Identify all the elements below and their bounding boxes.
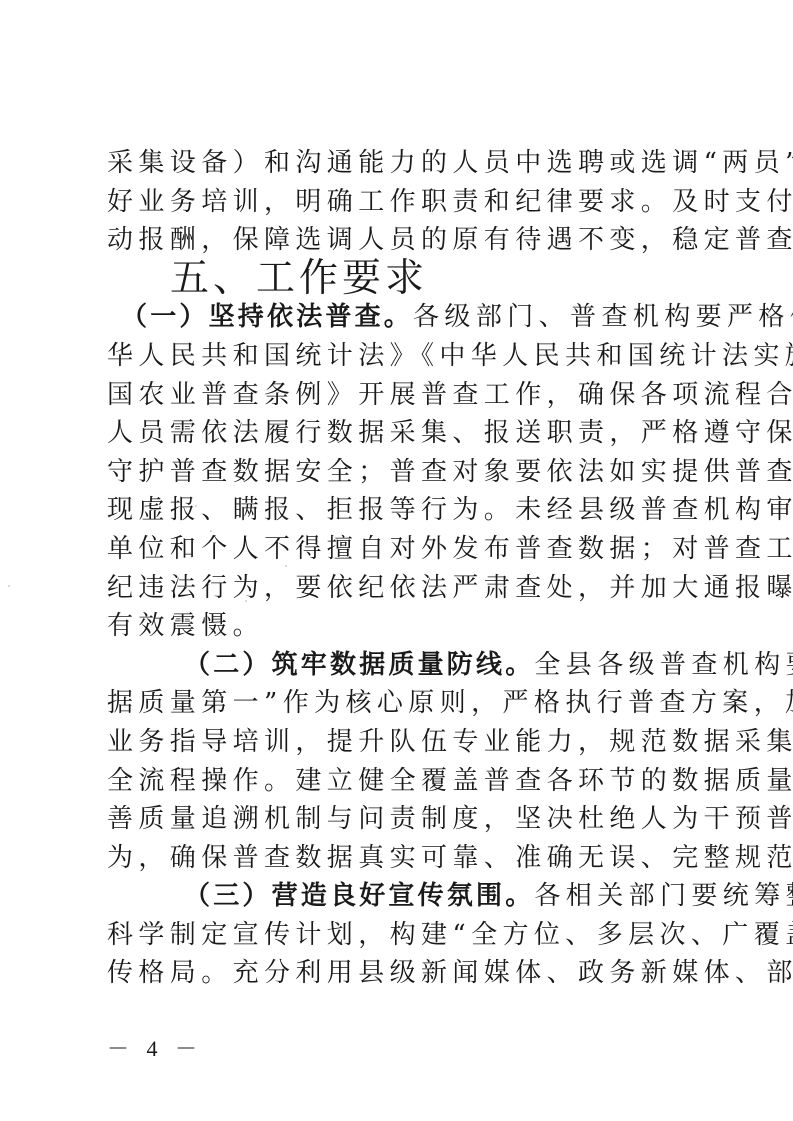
section-heading: 五、工作要求 — [107, 260, 687, 299]
item-2-paragraph: （二）筑牢数据质量防线。全县各级普查机构要始终将“数 据质量第一”作为核心原则，… — [107, 646, 687, 878]
text-line: 据质量第一”作为核心原则，严格执行普查方案，加强普查人员 — [107, 684, 687, 723]
paragraph-continuation: 采集设备）和沟通能力的人员中选聘或选调“两员”。要扎实做 好业务培训，明确工作职… — [107, 144, 687, 260]
text-line: （一）坚持依法普查。各级部门、普查机构要严格依照《中 — [107, 298, 687, 337]
item-1-paragraph: （一）坚持依法普查。各级部门、普查机构要严格依照《中 华人民共和国统计法》《中华… — [107, 298, 687, 645]
text-line: 有效震慑。 — [107, 607, 687, 646]
text-line: 动报酬，保障选调人员的原有待遇不变，稳定普查工作队伍。 — [107, 221, 687, 260]
scan-speck — [245, 600, 247, 602]
text-line: 华人民共和国统计法》《中华人民共和国统计法实施条例》《全 — [107, 337, 687, 376]
text-line: 采集设备）和沟通能力的人员中选聘或选调“两员”。要扎实做 — [107, 144, 687, 183]
item-2-lead: （二）筑牢数据质量防线。 — [184, 650, 534, 680]
text-line: 现虚报、瞒报、拒报等行为。未经县级普查机构审核批准，任何 — [107, 491, 687, 530]
text-line: 为，确保普查数据真实可靠、准确无误、完整规范。 — [107, 839, 687, 878]
text-line: （二）筑牢数据质量防线。全县各级普查机构要始终将“数 — [107, 646, 687, 685]
scan-speck — [8, 585, 10, 587]
scan-speck — [210, 530, 212, 532]
text-line: 守护普查数据安全；普查对象要依法如实提供普查资料，严禁出 — [107, 453, 687, 492]
item-1-lead: （一）坚持依法普查。 — [121, 302, 413, 332]
item-3-first-line: 各相关部门要统筹整合宣传资源， — [534, 881, 793, 911]
item-2-first-line: 全县各级普查机构要始终将“数 — [534, 650, 793, 680]
text-line: 好业务培训，明确工作职责和纪律要求。及时支付选聘人员的劳 — [107, 183, 687, 222]
document-body: 采集设备）和沟通能力的人员中选聘或选调“两员”。要扎实做 好业务培训，明确工作职… — [107, 144, 687, 993]
text-line: 传格局。充分利用县级新闻媒体、政务新媒体、部门服务平台等 — [107, 954, 687, 993]
scan-speck — [285, 565, 287, 567]
text-line: 全流程操作。建立健全覆盖普查各环节的数据质量控制体系，完 — [107, 762, 687, 801]
text-line: 科学制定宣传计划，构建“全方位、多层次、广覆盖”的普查宣 — [107, 916, 687, 955]
item-3-lead: （三）营造良好宣传氛围。 — [184, 881, 534, 911]
text-line: 单位和个人不得擅自对外发布普查数据；对普查工作中出现的违 — [107, 530, 687, 569]
text-line: 国农业普查条例》开展普查工作，确保各项流程合法合规。普查 — [107, 376, 687, 415]
document-page: 采集设备）和沟通能力的人员中选聘或选调“两员”。要扎实做 好业务培训，明确工作职… — [0, 0, 793, 1121]
page-number: － 4 － — [107, 1032, 203, 1063]
text-line: （三）营造良好宣传氛围。各相关部门要统筹整合宣传资源， — [107, 877, 687, 916]
text-line: 人员需依法履行数据采集、报送职责，严格遵守保密制度，坚决 — [107, 414, 687, 453]
text-line: 纪违法行为，要依纪依法严肃查处，并加大通报曝光力度，形成 — [107, 569, 687, 608]
item-1-first-line: 各级部门、普查机构要严格依照《中 — [413, 302, 793, 332]
scan-speck — [195, 505, 197, 507]
text-line: 业务指导培训，提升队伍专业能力，规范数据采集、核验、上报 — [107, 723, 687, 762]
text-line: 善质量追溯机制与问责制度，坚决杜绝人为干预普查数据的行 — [107, 800, 687, 839]
item-3-paragraph: （三）营造良好宣传氛围。各相关部门要统筹整合宣传资源， 科学制定宣传计划，构建“… — [107, 877, 687, 993]
